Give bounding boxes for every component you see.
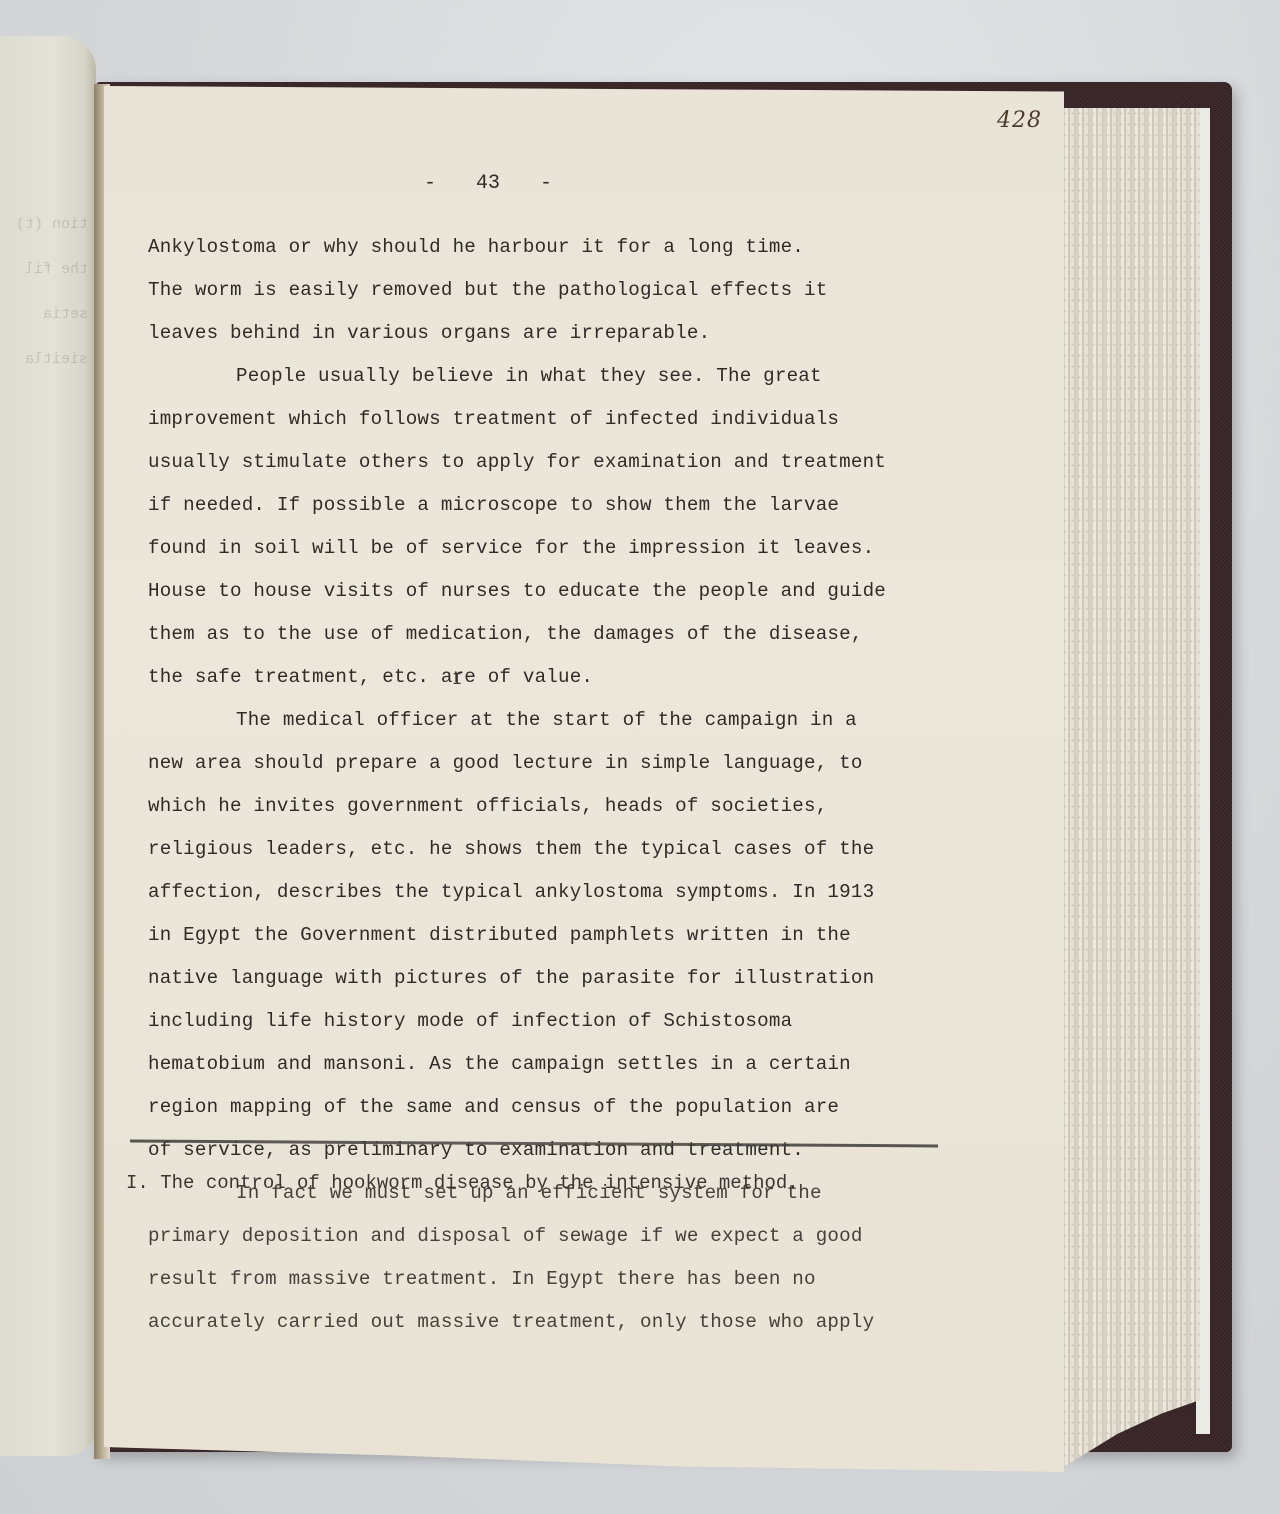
text-line: in Egypt the Government distributed pamp…	[148, 914, 948, 957]
text-line: usually stimulate others to apply for ex…	[148, 441, 948, 484]
ghost-text: tion (t)	[16, 216, 88, 233]
text-line: the safe treatment, etc. are of value.	[148, 656, 948, 699]
ghost-text: sieitla	[25, 351, 88, 368]
footnote: I. The control of hookworm disease by th…	[126, 1172, 799, 1194]
footnote-marker: I	[452, 671, 462, 690]
text-line: accurately carried out massive treatment…	[148, 1301, 948, 1344]
text-line: which he invites government officials, h…	[148, 785, 948, 828]
text-line: House to house visits of nurses to educa…	[148, 570, 948, 613]
folio-number: 428	[997, 108, 1042, 133]
text-line: primary deposition and disposal of sewag…	[148, 1215, 948, 1258]
page-number: - 43 -	[424, 172, 552, 195]
paragraph: In fact we must set up an efficient syst…	[148, 1172, 948, 1344]
text-line: them as to the use of medication, the da…	[148, 613, 948, 656]
text-line: religious leaders, etc. he shows them th…	[148, 828, 948, 871]
ghost-text: the fil	[25, 261, 88, 278]
document-page: 428 - 43 - Ankylostoma or why should he …	[104, 86, 1064, 1472]
text-line: Ankylostoma or why should he harbour it …	[148, 226, 948, 269]
paragraph: The medical officer at the start of the …	[148, 699, 948, 1172]
left-facing-page: tion (t) the fil setia sieitla	[0, 36, 96, 1456]
text-line: improvement which follows treatment of i…	[148, 398, 948, 441]
text-line: if needed. If possible a microscope to s…	[148, 484, 948, 527]
text-line: found in soil will be of service for the…	[148, 527, 948, 570]
text-line: leaves behind in various organs are irre…	[148, 312, 948, 355]
text-line: native language with pictures of the par…	[148, 957, 948, 1000]
text-line: of service, as preliminary to examinatio…	[148, 1129, 948, 1172]
text-line: new area should prepare a good lecture i…	[148, 742, 948, 785]
text-line: hematobium and mansoni. As the campaign …	[148, 1043, 948, 1086]
text-line: result from massive treatment. In Egypt …	[148, 1258, 948, 1301]
text-line: People usually believe in what they see.…	[148, 355, 948, 398]
text-line: region mapping of the same and census of…	[148, 1086, 948, 1129]
page-edges	[1062, 108, 1200, 1468]
text-line: affection, describes the typical ankylos…	[148, 871, 948, 914]
text-line: including life history mode of infection…	[148, 1000, 948, 1043]
paragraph: Ankylostoma or why should he harbour it …	[148, 226, 948, 355]
ghost-text: setia	[43, 306, 88, 323]
text-line: The worm is easily removed but the patho…	[148, 269, 948, 312]
paragraph: People usually believe in what they see.…	[148, 355, 948, 699]
text-line: The medical officer at the start of the …	[148, 699, 948, 742]
